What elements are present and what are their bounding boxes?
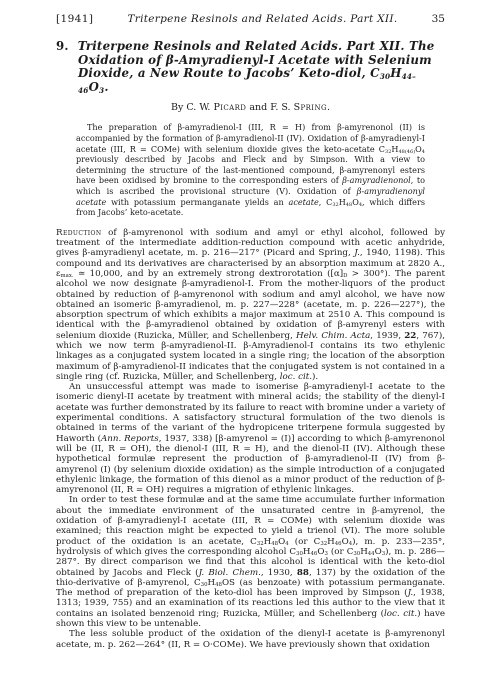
smallcaps-lead: Reduction	[56, 228, 102, 238]
running-title: Triterpene Resinols and Related Acids. P…	[127, 13, 397, 25]
article-title: Triterpene Resinols and Related Acids. P…	[78, 39, 435, 94]
byline: By C. W. Picard and F. S. Spring.	[56, 102, 445, 113]
page-header: [1941] Triterpene Resinols and Related A…	[56, 13, 445, 25]
page-number: 35	[432, 13, 445, 25]
article-body: Reduction of β-amyrenonol with sodium an…	[56, 228, 445, 650]
paragraph-1: Reduction of β-amyrenonol with sodium an…	[56, 228, 445, 382]
paragraph-1-text: of β-amyrenonol with sodium and amyl or …	[56, 228, 445, 382]
paragraph-3: In order to test these formulæ and at th…	[56, 495, 445, 629]
abstract: The preparation of β-amyradienol-I (III,…	[76, 122, 425, 217]
year-label: [1941]	[56, 13, 93, 25]
paragraph-2: An unsuccessful attempt was made to isom…	[56, 382, 445, 495]
journal-page: [1941] Triterpene Resinols and Related A…	[0, 0, 500, 679]
author-picard: Picard	[213, 102, 246, 113]
byline-prefix: By C. W.	[171, 102, 213, 113]
byline-suffix: .	[327, 102, 330, 113]
article-number: 9.	[56, 39, 78, 53]
author-spring: Spring	[294, 102, 327, 113]
paragraph-4: The less soluble product of the oxidatio…	[56, 629, 445, 650]
byline-connector: and F. S.	[246, 102, 293, 113]
article-heading: 9.Triterpene Resinols and Related Acids.…	[56, 40, 445, 94]
